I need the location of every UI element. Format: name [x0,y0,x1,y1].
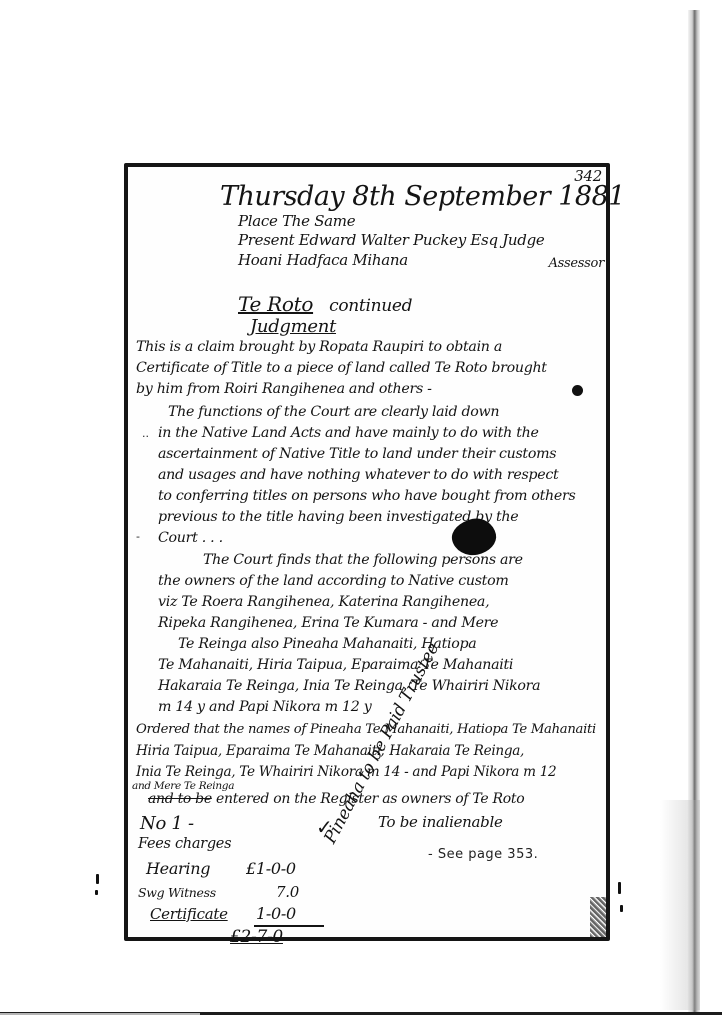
order-line-2: Hiria Taipua, Eparaima Te Mahanaiti; Hak… [136,743,524,759]
finding-line-7: Hakaraia Te Reinga, Inia Te Reinga, Te W… [158,678,540,694]
date-heading: Thursday 8th September 1881 [220,181,625,212]
claim-line-3: by him from Roiri Rangihenea and others … [136,381,432,397]
scan-bottom-edge-faint [0,1013,200,1015]
case-title-name: Te Roto [238,292,313,316]
scan-noise [590,897,606,937]
margin-speck [95,890,98,895]
finding-line-8: m 14 y and Papi Nikora m 12 y [158,699,371,715]
section-heading: Judgment [250,316,336,337]
manuscript-page: 342 Thursday 8th September 1881 Place Th… [124,163,610,941]
finding-line-6: Te Mahanaiti, Hiria Taipua, Eparaima Te … [158,657,513,673]
fee-label-witness: Swg Witness [138,885,216,900]
order-line-1: Ordered that the names of Pineaha Te Mah… [136,722,596,737]
place-line: Place The Same [238,212,355,230]
finding-line-3: viz Te Roera Rangihenea, Katerina Rangih… [158,594,489,610]
gutter-shadow [660,800,700,1010]
fee-label-hearing: Hearing [146,859,210,878]
struck-words: and to be [148,791,212,807]
functions-line-7: Court . . . [158,530,223,546]
struck-line: and to be entered on the Register as own… [148,791,524,807]
register-line: entered on the Register as owners of Te … [216,791,524,807]
functions-line-4: and usages and have nothing whatever to … [158,467,558,483]
functions-line-2: in the Native Land Acts and have mainly … [158,425,539,441]
fee-amount-certificate: 1-0-0 [256,904,296,923]
fee-amount-hearing: £1-0-0 [246,859,296,878]
finding-line-1: The Court finds that the following perso… [203,552,523,568]
margin-speck [618,882,621,894]
margin-mark: - [136,530,140,543]
fee-amount-witness: 7.0 [276,883,299,901]
finding-line-2: the owners of the land according to Nati… [158,573,508,589]
fees-heading: Fees charges [138,836,231,852]
present-line: Present Edward Walter Puckey Esq Judge [238,231,544,249]
claim-line-2: Certificate of Title to a piece of land … [136,360,547,376]
ink-dot [572,385,583,396]
fee-total: £2-7-0 [230,927,283,947]
functions-line-5: to conferring titles on persons who have… [158,488,575,504]
margin-speck [96,874,99,884]
order-line-3: Inia Te Reinga, Te Whairiri Nikora m 14 … [136,764,556,780]
finding-line-4: Ripeka Rangihenea, Erina Te Kumara - and… [158,615,498,631]
functions-line-1: The functions of the Court are clearly l… [168,404,499,420]
claim-line-1: This is a claim brought by Ropata Raupir… [136,339,502,355]
assessor-label: Assessor [549,256,604,271]
margin-speck [620,905,623,912]
margin-mark: .. [142,427,149,440]
lot-number: No 1 - [140,813,194,834]
see-page-note: - See page 353. [428,847,538,862]
assessor-name: Hoani Hadfaca Mihana [238,251,408,269]
case-title-suffix: continued [329,296,412,316]
functions-line-3: ascertainment of Native Title to land un… [158,446,556,462]
inalienable-note: To be inalienable [378,813,503,831]
fee-label-certificate: Certificate [150,905,228,923]
case-title: Te Roto continued [238,292,412,316]
